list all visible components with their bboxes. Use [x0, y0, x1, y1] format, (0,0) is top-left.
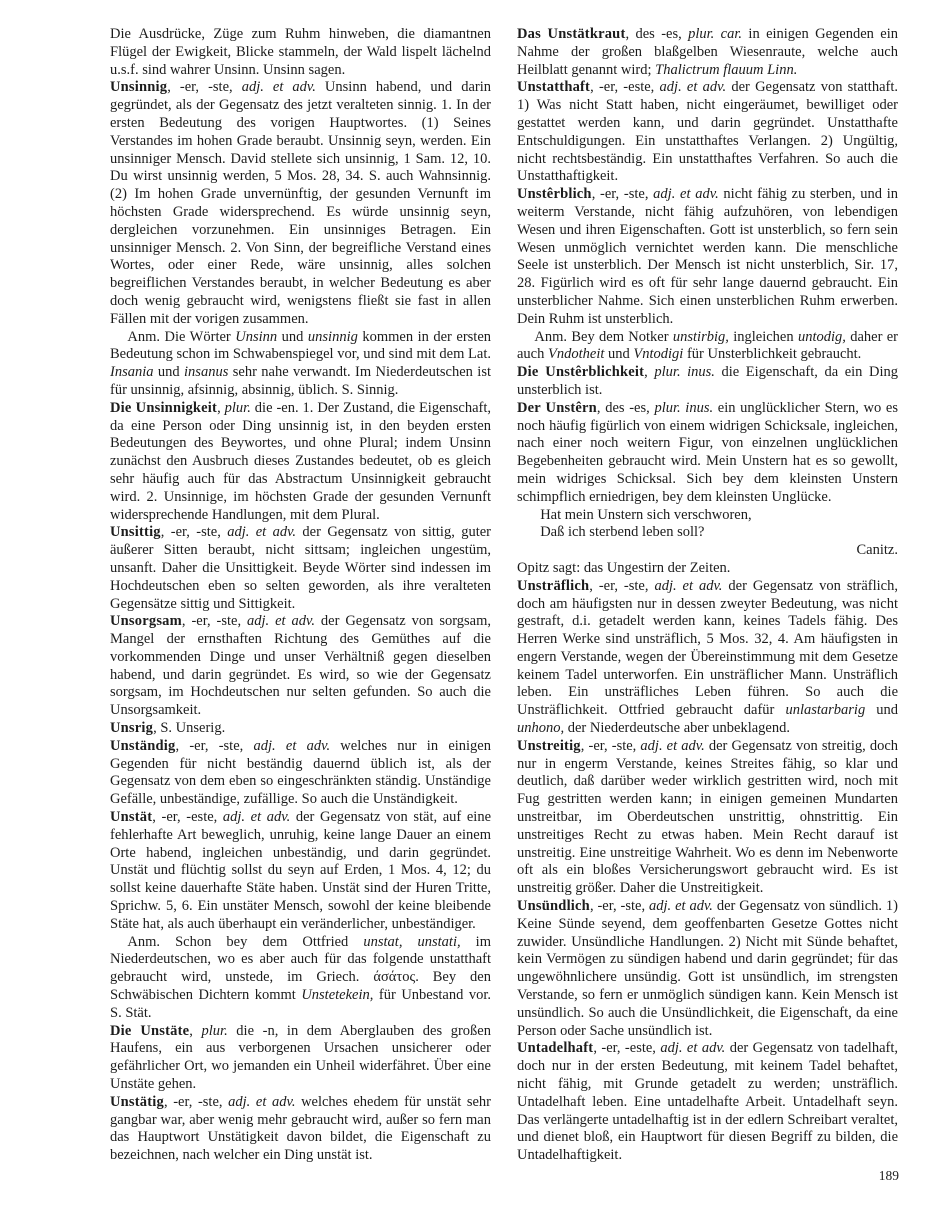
headword: Unstatthaft	[517, 79, 590, 95]
body-text: Anm. Schon bey dem Ottfried	[127, 934, 363, 950]
body-text: der Gegensatz von tadelhaft, doch nur in…	[517, 1040, 898, 1163]
body-text: ,	[644, 364, 654, 380]
headword: Unsrig	[110, 720, 153, 736]
entry-unstatthaft: Unstatthaft, -er, -este, adj. et adv. de…	[517, 79, 898, 186]
continuation-paragraph: Die Ausdrücke, Züge zum Ruhm hinweben, d…	[110, 26, 491, 79]
body-text: Daß ich sterbend leben soll?	[540, 524, 704, 540]
dictionary-page: Die Ausdrücke, Züge zum Ruhm hinweben, d…	[0, 0, 935, 1210]
body-text: und	[154, 364, 185, 380]
headword: Untadelhaft	[517, 1040, 593, 1056]
headword: Die Unsinnigkeit	[110, 400, 217, 416]
italic-term: plur. inus.	[654, 364, 715, 380]
headword: Die Unstäte	[110, 1023, 189, 1039]
body-text: der Gegensatz von sträflich, doch am häu…	[517, 578, 898, 719]
body-text: , -er, -ste,	[167, 79, 241, 95]
italic-term: plur. car.	[688, 26, 742, 42]
annotation-paragraph: Anm. Schon bey dem Ottfried unstat, unst…	[110, 934, 491, 1023]
body-text: der Gegensatz von stät, auf eine fehlerh…	[110, 809, 491, 932]
headword: Unstät	[110, 809, 152, 825]
entry-unsterblich: Unstêrblich, -er, -ste, adj. et adv. nic…	[517, 186, 898, 328]
body-text: Die Ausdrücke, Züge zum Ruhm hinweben, d…	[110, 26, 491, 78]
body-text: , -er, -ste,	[182, 613, 247, 629]
italic-term: adj. et adv.	[660, 79, 727, 95]
entry-unsuendlich: Unsündlich, -er, -ste, adj. et adv. der …	[517, 898, 898, 1040]
left-column: Die Ausdrücke, Züge zum Ruhm hinweben, d…	[110, 26, 491, 1165]
body-text: , des -es,	[625, 26, 688, 42]
body-text: ingleichen	[729, 329, 798, 345]
body-text: der Gegensatz von streitig, doch nur in …	[517, 738, 898, 896]
headword: Der Unstêrn	[517, 400, 597, 416]
italic-term: plur.	[202, 1023, 228, 1039]
body-text: Anm. Die Wörter	[127, 329, 235, 345]
headword: Unsittig	[110, 524, 161, 540]
body-text: , -er, -ste,	[164, 1094, 228, 1110]
verse-line: Hat mein Unstern sich verschworen,	[517, 507, 898, 525]
headword: Unsorgsam	[110, 613, 182, 629]
italic-term: untodig,	[798, 329, 846, 345]
italic-term: plur.	[225, 400, 251, 416]
italic-term: adj. et adv.	[247, 613, 315, 629]
body-text: und	[865, 702, 898, 718]
entry-unstaetig: Unstätig, -er, -ste, adj. et adv. welche…	[110, 1094, 491, 1165]
entry-unstaetkraut: Das Unstätkraut, des -es, plur. car. in …	[517, 26, 898, 79]
body-text: für Unsterblichkeit gebraucht.	[683, 346, 861, 362]
body-text: , -er, -ste,	[581, 738, 641, 754]
continuation-paragraph: Opitz sagt: das Ungestirn der Zeiten.	[517, 560, 898, 578]
entry-unsterblichkeit: Die Unstêrblichkeit, plur. inus. die Eig…	[517, 364, 898, 400]
body-text: , -er, -ste,	[589, 578, 654, 594]
headword: Unsinnig	[110, 79, 167, 95]
body-text: nicht fähig zu sterben, und in weiterm V…	[517, 186, 898, 327]
italic-term: unstirbig,	[673, 329, 729, 345]
italic-term: adj. et adv.	[654, 578, 722, 594]
entry-unstaendig: Unständig, -er, -ste, adj. et adv. welch…	[110, 738, 491, 809]
annotation-paragraph: Anm. Bey dem Notker unstirbig, ingleiche…	[517, 329, 898, 365]
body-text: der Niederdeutsche aber unbeklagend.	[564, 720, 790, 736]
body-text: ,	[189, 1023, 201, 1039]
italic-term: adj. et adv.	[227, 524, 296, 540]
body-text: und	[604, 346, 633, 362]
body-text: Unsinn habend, und darin gegründet, als …	[110, 79, 491, 326]
italic-term: Thalictrum flauum Linn.	[655, 62, 797, 78]
body-text: , -er, -ste,	[161, 524, 227, 540]
italic-term: Insania	[110, 364, 154, 380]
body-text: , -er, -este,	[593, 1040, 660, 1056]
entry-unsittig: Unsittig, -er, -ste, adj. et adv. der Ge…	[110, 524, 491, 613]
italic-term: unlastarbarig	[785, 702, 865, 718]
body-text: Opitz sagt: das Ungestirn der Zeiten.	[517, 560, 730, 576]
italic-term: adj. et adv.	[223, 809, 290, 825]
italic-term: adj. et adv.	[228, 1094, 295, 1110]
italic-term: unhono,	[517, 720, 564, 736]
body-text: Canitz.	[857, 542, 898, 558]
entry-unsinnigkeit: Die Unsinnigkeit, plur. die -en. 1. Der …	[110, 400, 491, 525]
entry-untadelhaft: Untadelhaft, -er, -este, adj. et adv. de…	[517, 1040, 898, 1165]
italic-term: adj. et adv.	[653, 186, 719, 202]
body-text: die -en. 1. Der Zustand, die Eigenschaft…	[110, 400, 491, 523]
right-column: Das Unstätkraut, des -es, plur. car. in …	[517, 26, 898, 1165]
italic-term: Vntodigi	[633, 346, 683, 362]
body-text: der Gegensatz von sündlich. 1) Keine Sün…	[517, 898, 898, 1039]
italic-term: adj. et adv.	[242, 79, 316, 95]
italic-term: insanus	[184, 364, 228, 380]
body-text: , -er, -ste,	[590, 898, 649, 914]
headword: Die Unstêrblichkeit	[517, 364, 644, 380]
entry-unstaet: Unstät, -er, -este, adj. et adv. der Geg…	[110, 809, 491, 934]
annotation-paragraph: Anm. Die Wörter Unsinn und unsinnig komm…	[110, 329, 491, 400]
italic-term: adj. et adv.	[660, 1040, 725, 1056]
italic-term: Vndotheit	[548, 346, 604, 362]
italic-term: Unsinn	[235, 329, 277, 345]
body-text: Hat mein Unstern sich verschworen,	[540, 507, 751, 523]
entry-unsorgsam: Unsorgsam, -er, -ste, adj. et adv. der G…	[110, 613, 491, 720]
entry-unsrig: Unsrig, S. Unserig.	[110, 720, 491, 738]
verse-attribution: Canitz.	[517, 542, 898, 560]
entry-unstern: Der Unstêrn, des -es, plur. inus. ein un…	[517, 400, 898, 507]
italic-term: unstat, unstati,	[363, 934, 460, 950]
text-columns: Die Ausdrücke, Züge zum Ruhm hinweben, d…	[110, 26, 898, 1165]
italic-term: Unstetekein,	[301, 987, 373, 1003]
body-text: , -er, -este,	[590, 79, 659, 95]
headword: Unstreitig	[517, 738, 581, 754]
italic-term: adj. et adv.	[649, 898, 713, 914]
entry-unstreitig: Unstreitig, -er, -ste, adj. et adv. der …	[517, 738, 898, 898]
italic-term: adj. et adv.	[640, 738, 704, 754]
entry-unsinnig: Unsinnig, -er, -ste, adj. et adv. Unsinn…	[110, 79, 491, 328]
page-number: 189	[879, 1168, 899, 1184]
italic-term: adj. et adv.	[254, 738, 331, 754]
headword: Unsträflich	[517, 578, 589, 594]
headword: Unsündlich	[517, 898, 590, 914]
headword: Das Unstätkraut	[517, 26, 625, 42]
italic-term: unsinnig	[308, 329, 358, 345]
body-text: , -er, -ste,	[592, 186, 653, 202]
entry-unstaete: Die Unstäte, plur. die -n, in dem Abergl…	[110, 1023, 491, 1094]
verse-line: Daß ich sterbend leben soll?	[517, 524, 898, 542]
body-text: ,	[217, 400, 225, 416]
body-text: , -er, -este,	[152, 809, 223, 825]
body-text: , S. Unserig.	[153, 720, 225, 736]
headword: Unstêrblich	[517, 186, 592, 202]
body-text: Anm. Bey dem Notker	[534, 329, 673, 345]
italic-term: plur. inus.	[654, 400, 713, 416]
body-text: und	[277, 329, 308, 345]
entry-unstraeflich: Unsträflich, -er, -ste, adj. et adv. der…	[517, 578, 898, 738]
body-text: , -er, -ste,	[175, 738, 253, 754]
headword: Unstätig	[110, 1094, 164, 1110]
body-text: , des -es,	[597, 400, 655, 416]
headword: Unständig	[110, 738, 175, 754]
